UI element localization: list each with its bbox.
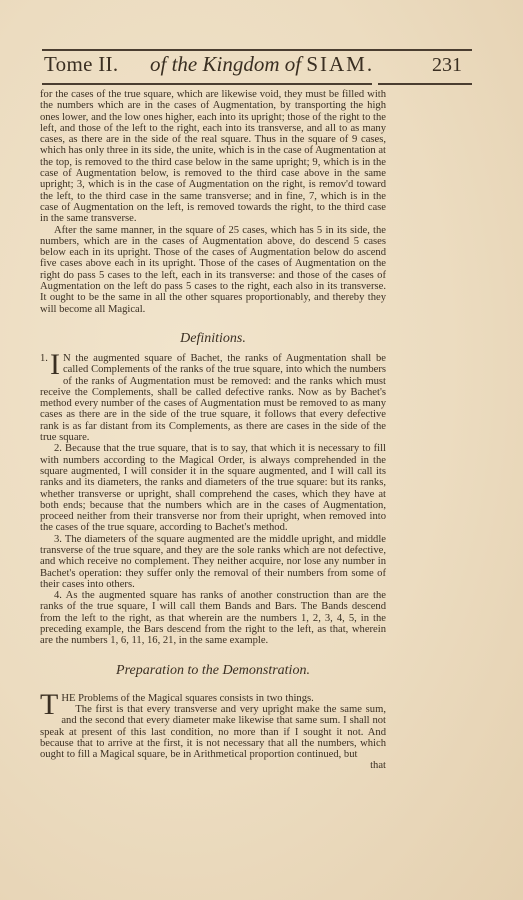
running-title-place: SIAM. xyxy=(306,52,374,76)
definition-4-number: 4. xyxy=(54,590,62,601)
definition-1-text: N the augmented square of Bachet, the ra… xyxy=(40,353,386,443)
definition-3: 3. The diameters of the square augmented… xyxy=(40,534,386,590)
definition-4: 4. As the augmented square has ranks of … xyxy=(40,590,386,646)
definition-3-text: The diameters of the square augmented ar… xyxy=(40,534,386,590)
header-rule-top xyxy=(42,49,472,51)
preparation-dropcap: T xyxy=(40,694,58,716)
preparation-heading: Preparation to the Demonstration. xyxy=(40,663,386,679)
definitions-heading: Definitions. xyxy=(40,331,386,347)
definition-2-number: 2. xyxy=(54,443,62,454)
page-number: 231 xyxy=(432,54,462,77)
header-rule-bottom xyxy=(42,83,372,85)
page-body: for the cases of the true square, which … xyxy=(40,89,386,772)
intro-paragraph-2: After the same manner, in the square of … xyxy=(40,225,386,315)
running-title-prefix: of the Kingdom of xyxy=(150,52,301,76)
running-head: Tome II. of the Kingdom of SIAM. 231 xyxy=(44,52,472,80)
header-rule-bottom-right xyxy=(378,83,472,85)
definition-2-text: Because that the true square, that is to… xyxy=(40,443,386,533)
preparation-first-line: THE Problems of the Magical squares cons… xyxy=(40,693,386,704)
definition-2: 2. Because that the true square, that is… xyxy=(40,443,386,533)
definition-1-dropcap: I xyxy=(50,354,60,376)
definition-4-text: As the augmented square has ranks of ano… xyxy=(40,590,386,646)
volume-label: Tome II. xyxy=(44,52,118,77)
catchword: that xyxy=(40,760,386,771)
definition-1-number: 1. xyxy=(40,353,48,364)
intro-paragraph-1: for the cases of the true square, which … xyxy=(40,89,386,225)
definition-1: 1.IN the augmented square of Bachet, the… xyxy=(40,353,386,443)
running-title: of the Kingdom of SIAM. xyxy=(150,52,374,77)
definition-3-number: 3. xyxy=(54,534,62,545)
preparation-paragraph: The first is that every transverse and v… xyxy=(40,704,386,760)
preparation-first-line-text: HE Problems of the Magical squares consi… xyxy=(61,693,313,704)
